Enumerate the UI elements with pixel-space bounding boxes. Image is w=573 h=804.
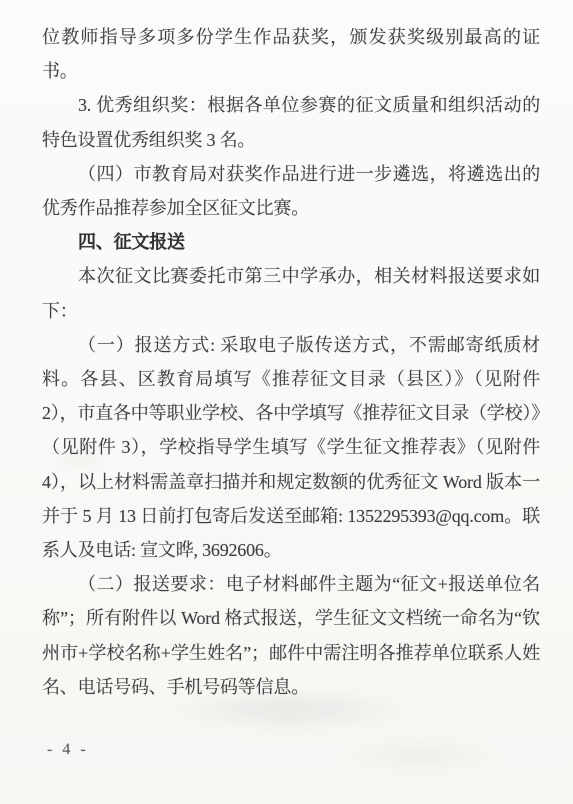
paragraph-award-certificate: 位教师指导多项多份学生作品获奖，颁发获奖级别最高的证书。 [42,20,540,88]
document-body: 位教师指导多项多份学生作品获奖，颁发获奖级别最高的证书。 3. 优秀组织奖：根据… [42,20,540,704]
paragraph-organization-award: 3. 优秀组织奖：根据各单位参赛的征文质量和组织活动的特色设置优秀组织奖 3 名… [42,88,540,156]
paragraph-submission-method: （一）报送方式: 采取电子版传送方式，不需邮寄纸质材料。各县、区教育局填写《推荐… [42,328,540,567]
scan-smudge [340,740,500,770]
page-number: - 4 - [47,741,89,759]
heading-essay-submission: 四、征文报送 [42,225,540,259]
document-page: 位教师指导多项多份学生作品获奖，颁发获奖级别最高的证书。 3. 优秀组织奖：根据… [0,0,573,804]
paragraph-submission-requirements: （二）报送要求：电子材料邮件主题为“征文+报送单位名称”；所有附件以 Word … [42,567,540,704]
paragraph-host-school: 本次征文比赛委托市第三中学承办，相关材料报送要求如下： [42,259,540,327]
paragraph-further-selection: （四）市教育局对获奖作品进行进一步遴选，将遴选出的优秀作品推荐参加全区征文比赛。 [42,157,540,225]
